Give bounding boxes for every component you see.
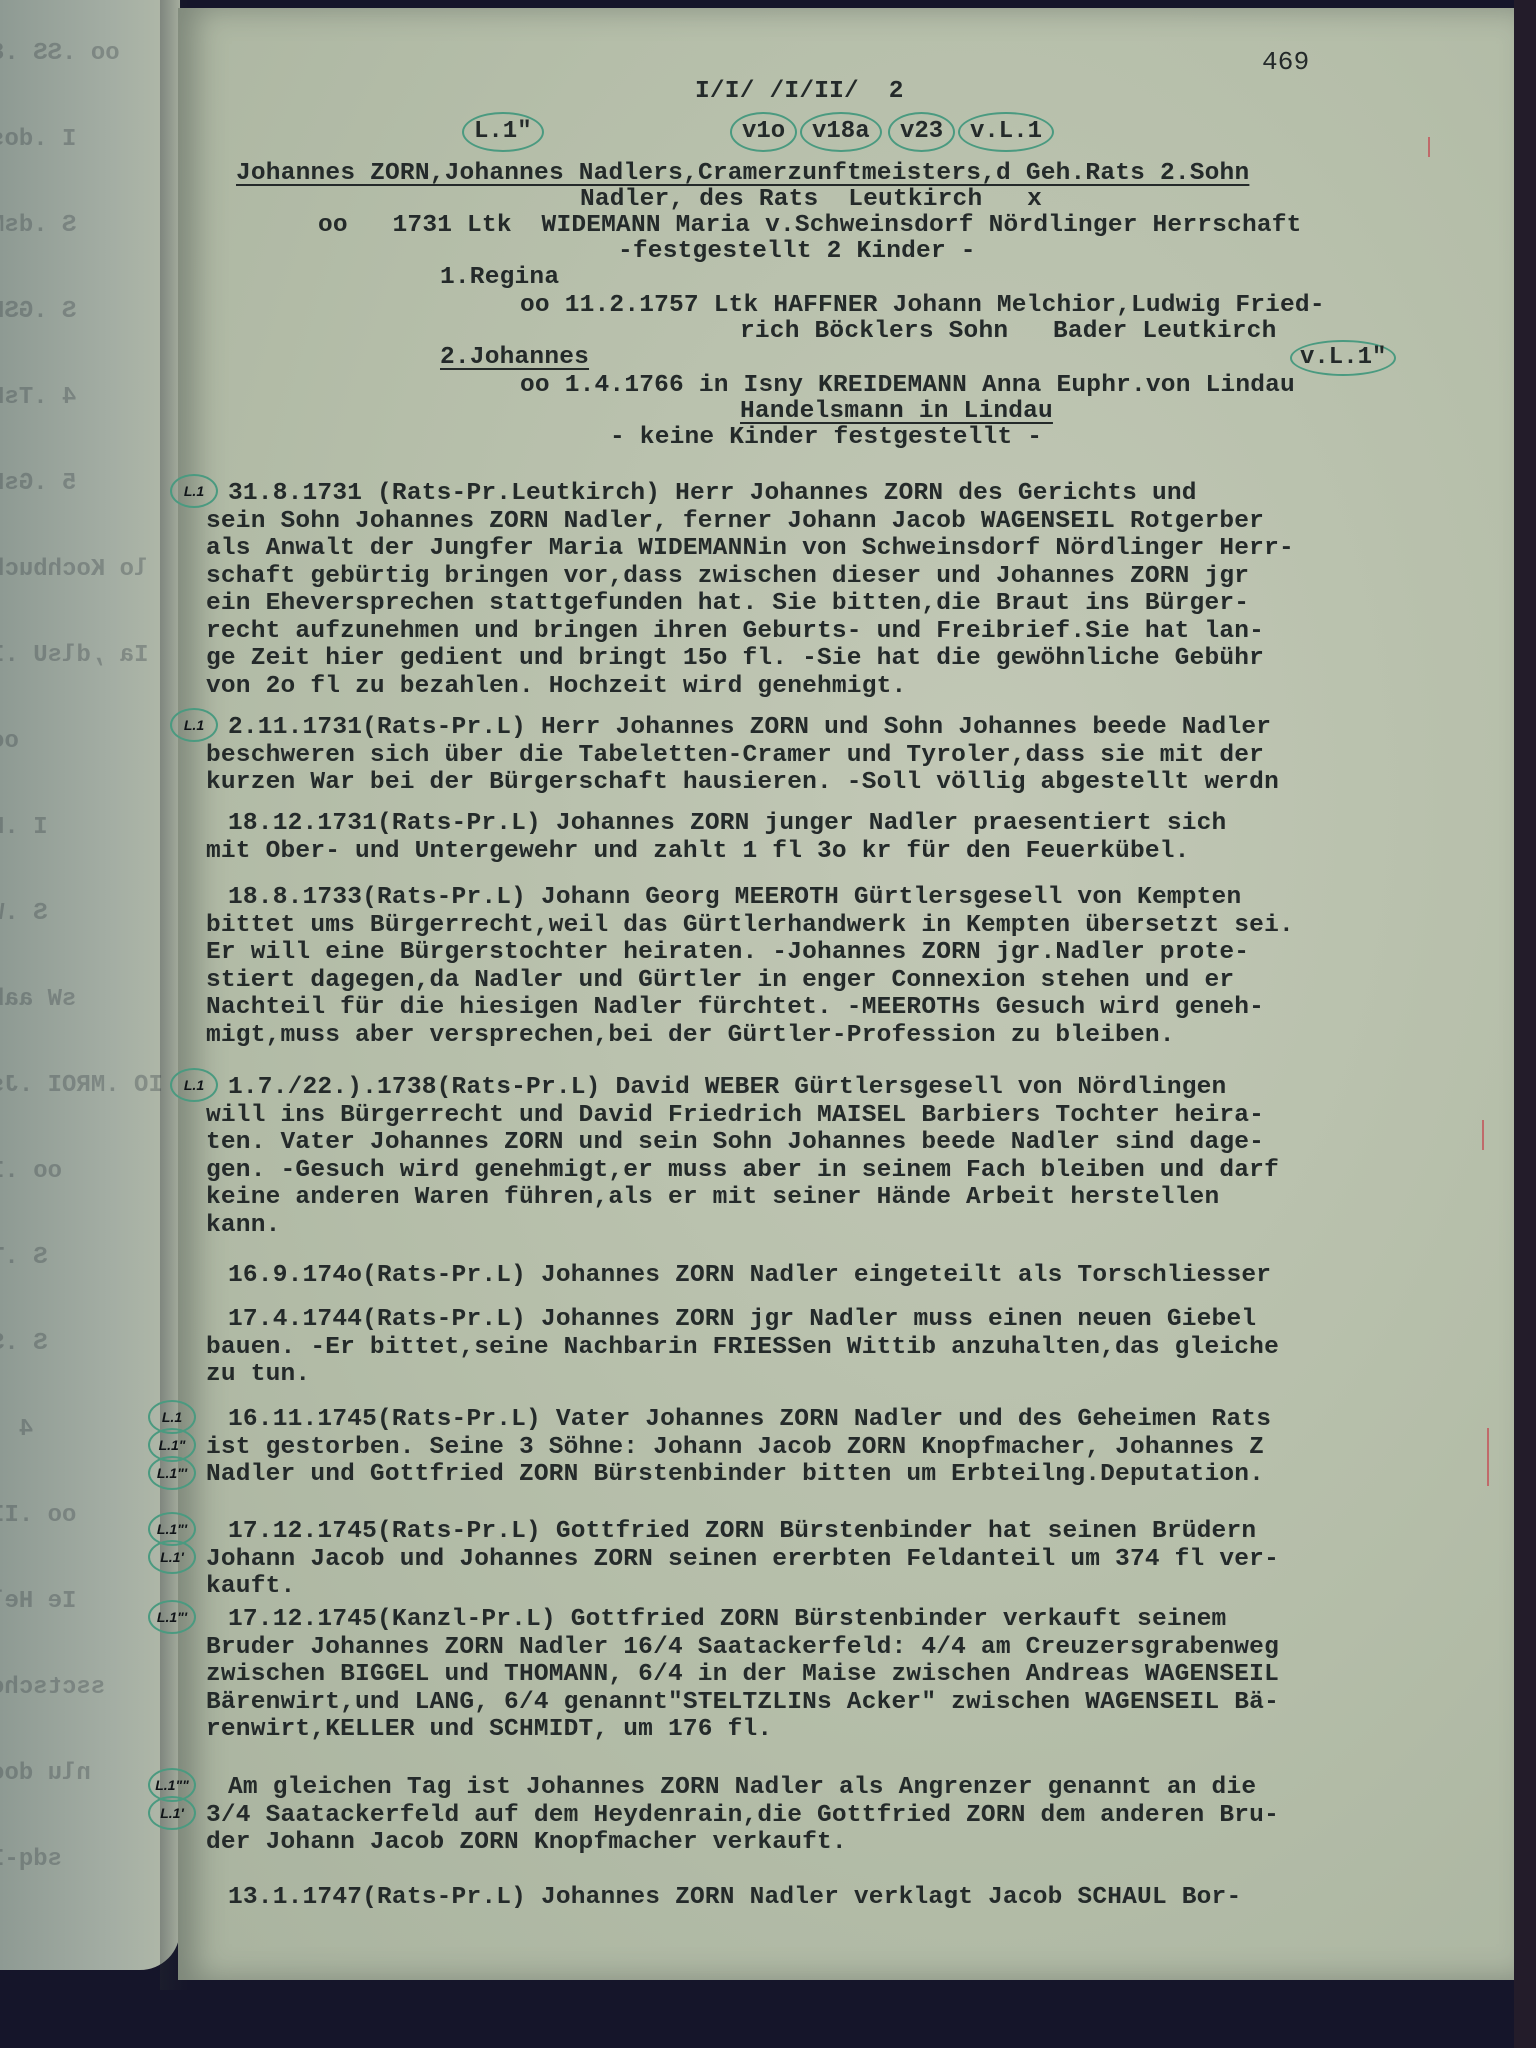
entry-text-line: gen. -Gesuch wird genehmigt,er muss aber… <box>206 1157 1279 1185</box>
red-margin-mark <box>1428 137 1430 157</box>
margin-annotation: L.1' <box>148 1796 196 1830</box>
reference-code: I/I/ /I/II/ 2 <box>695 78 904 106</box>
entry-text-line: als Anwalt der Jungfer Maria WIDEMANNin … <box>206 535 1294 563</box>
child-2-marriage-1: oo 1.4.1766 in Isny KREIDEMANN Anna Euph… <box>520 372 1295 400</box>
entry-date-line: 2.11.1731(Rats-Pr.L) Herr Johannes ZORN … <box>228 714 1271 742</box>
entry-text-line: Er will eine Bürgerstochter heiraten. -J… <box>206 939 1249 967</box>
bleed-through-text: IO .MROI .Js <box>0 1072 163 1099</box>
entry-text-line: von 2o fl zu bezahlen. Hochzeit wird gen… <box>206 673 906 701</box>
person-line-2: Nadler, des Rats Leutkirch x <box>580 186 1042 214</box>
bleed-through-text: I .dos <box>0 126 76 153</box>
child-2-marriage-2: Handelsmann in Lindau <box>740 398 1053 426</box>
entry-text-line: ten. Vater Johannes ZORN und sein Sohn J… <box>206 1129 1264 1157</box>
bleed-through-text: sdq-I <box>0 1846 62 1873</box>
bleed-through-text: 4 . <box>0 1416 33 1443</box>
child-1-name: 1.Regina <box>440 264 559 292</box>
entry-text-line: migt,muss aber versprechen,bei der Gürtl… <box>206 1022 1175 1050</box>
page-number: 469 <box>1262 48 1309 76</box>
entry-text-line: ein Eheversprechen stattgefunden hat. Si… <box>206 590 1249 618</box>
circled-ref-1: v1o <box>730 112 797 152</box>
margin-annotation: L.1 <box>170 708 218 742</box>
entry-text-line: ist gestorben. Seine 3 Söhne: Johann Jac… <box>206 1434 1264 1462</box>
bleed-through-text: S .dsM <box>0 212 76 239</box>
entry-text-line: Bärenwirt,und LANG, 6/4 genannt"STELTZLI… <box>206 1689 1279 1717</box>
margin-annotation: L.1"' <box>148 1456 196 1490</box>
margin-annotation: L.1"' <box>148 1600 196 1634</box>
page-edge <box>1514 0 1536 2048</box>
circled-ref-4: v.L.1 <box>958 112 1054 152</box>
entry-date-line: 16.9.174o(Rats-Pr.L) Johannes ZORN Nadle… <box>228 1262 1271 1290</box>
bleed-through-text: I .N <box>0 814 48 841</box>
margin-annotation: L.1 <box>170 1068 218 1102</box>
bleed-through-text: 5 .GsR <box>0 470 76 497</box>
child-1-marriage-2: rich Böcklers Sohn Bader Leutkirch <box>740 318 1277 346</box>
circled-ref-left: L.1" <box>462 112 544 152</box>
entry-text-line: Bruder Johannes ZORN Nadler 16/4 Saatack… <box>206 1634 1279 1662</box>
margin-annotation: L.1' <box>148 1540 196 1574</box>
child-2-name: 2.Johannes <box>440 344 589 372</box>
entry-text-line: zwischen BIGGEL und THOMANN, 6/4 in der … <box>206 1661 1279 1689</box>
entry-text-line: ge Zeit hier gedient und bringt 15o fl. … <box>206 645 1264 673</box>
entry-text-line: 3/4 Saatackerfeld auf dem Heydenrain,die… <box>206 1802 1279 1830</box>
entry-text-line: sein Sohn Johannes ZORN Nadler, ferner J… <box>206 508 1264 536</box>
entry-text-line: kurzen War bei der Bürgerschaft hausiere… <box>206 769 1279 797</box>
bleed-through-text: lo Kochbuch <box>0 556 148 583</box>
entry-date-line: 17.4.1744(Rats-Pr.L) Johannes ZORN jgr N… <box>228 1306 1256 1334</box>
bleed-through-text: ssctsche <box>0 1674 105 1701</box>
entry-text-line: keine anderen Waren führen,als er mit se… <box>206 1184 1219 1212</box>
entry-text-line: beschweren sich über die Tabeletten-Cram… <box>206 742 1264 770</box>
entry-text-line: renwirt,KELLER und SCHMIDT, um 176 fl. <box>206 1716 772 1744</box>
child-1-marriage-1: oo 11.2.1757 Ltk HAFFNER Johann Melchior… <box>520 292 1325 320</box>
entry-text-line: bauen. -Er bittet,seine Nachbarin FRIESS… <box>206 1334 1279 1362</box>
entry-text-line: will ins Bürgerrecht und David Friedrich… <box>206 1102 1264 1130</box>
bleed-through-text: oo .II <box>0 1502 76 1529</box>
entry-date-line: 13.1.1747(Rats-Pr.L) Johannes ZORN Nadle… <box>228 1884 1241 1912</box>
entry-date-line: 17.12.1745(Rats-Pr.L) Gottfried ZORN Bür… <box>228 1518 1256 1546</box>
entry-text-line: recht aufzunehmen und bringen ihren Gebu… <box>206 618 1264 646</box>
margin-annotation: L.1 <box>170 474 218 508</box>
circled-ref-3: v23 <box>888 112 955 152</box>
bleed-through-text: S .GSH <box>0 298 76 325</box>
red-margin-mark <box>1482 1120 1484 1150</box>
bleed-through-text: 4 .TsB <box>0 384 76 411</box>
entry-text-line: Nadler und Gottfried ZORN Bürstenbinder … <box>206 1461 1264 1489</box>
entry-date-line: 16.11.1745(Rats-Pr.L) Vater Johannes ZOR… <box>228 1406 1271 1434</box>
entry-text-line: mit Ober- und Untergewehr und zahlt 1 fl… <box>206 838 1190 866</box>
children-note: -festgestellt 2 Kinder - <box>618 238 976 266</box>
entry-date-line: 31.8.1731 (Rats-Pr.Leutkirch) Herr Johan… <box>228 480 1197 508</box>
entry-text-line: kauft. <box>206 1573 295 1601</box>
entry-text-line: zu tun. <box>206 1361 310 1389</box>
entry-text-line: bittet ums Bürgerrecht,weil das Gürtlerh… <box>206 912 1294 940</box>
entry-date-line: 18.12.1731(Rats-Pr.L) Johannes ZORN jung… <box>228 810 1226 838</box>
entry-text-line: kann. <box>206 1212 281 1240</box>
bleed-through-text: S .W <box>0 900 48 927</box>
bleed-through-text: S .S <box>0 1330 48 1357</box>
bleed-through-text: oo <box>0 728 19 755</box>
entry-text-line: schaft gebürtig bringen vor,dass zwische… <box>206 563 1249 591</box>
entry-text-line: stiert dagegen,da Nadler und Gürtler in … <box>206 967 1234 995</box>
bleed-through-text: sW aab <box>0 986 76 1013</box>
entry-date-line: Am gleichen Tag ist Johannes ZORN Nadler… <box>228 1774 1256 1802</box>
bleed-through-text: oo .SS .8 <box>0 40 120 67</box>
entry-date-line: 17.12.1745(Kanzl-Pr.L) Gottfried ZORN Bü… <box>228 1606 1226 1634</box>
left-facing-page: oo .SS .8I .dosS .dsMS .GSH4 .TsB5 .GsRl… <box>0 0 180 1970</box>
red-margin-mark <box>1487 1428 1489 1486</box>
child-2-note: - keine Kinder festgestellt - <box>610 424 1042 452</box>
entry-date-line: 1.7./22.).1738(Rats-Pr.L) David WEBER Gü… <box>228 1074 1226 1102</box>
entry-date-line: 18.8.1733(Rats-Pr.L) Johann Georg MEEROT… <box>228 884 1241 912</box>
entry-text-line: Johann Jacob und Johannes ZORN seinen er… <box>206 1546 1279 1574</box>
person-line-1: Johannes ZORN,Johannes Nadlers,Cramerzun… <box>236 160 1249 188</box>
circled-ref-2: v18a <box>800 112 882 152</box>
person-marriage: oo 1731 Ltk WIDEMANN Maria v.Schweinsdor… <box>318 212 1302 240</box>
bleed-through-text: nlu doo <box>0 1760 91 1787</box>
child-2-circled-ref: v.L.1" <box>1290 340 1396 376</box>
bleed-through-text: Ie Hel <box>0 1588 76 1615</box>
bleed-through-text: Ia ,dlsU .I <box>0 642 148 669</box>
entry-text-line: der Johann Jacob ZORN Knopfmacher verkau… <box>206 1829 847 1857</box>
bleed-through-text: S .T <box>0 1244 48 1271</box>
bleed-through-text: oo .I <box>0 1158 62 1185</box>
entry-text-line: Nachteil für die hiesigen Nadler fürchte… <box>206 994 1264 1022</box>
